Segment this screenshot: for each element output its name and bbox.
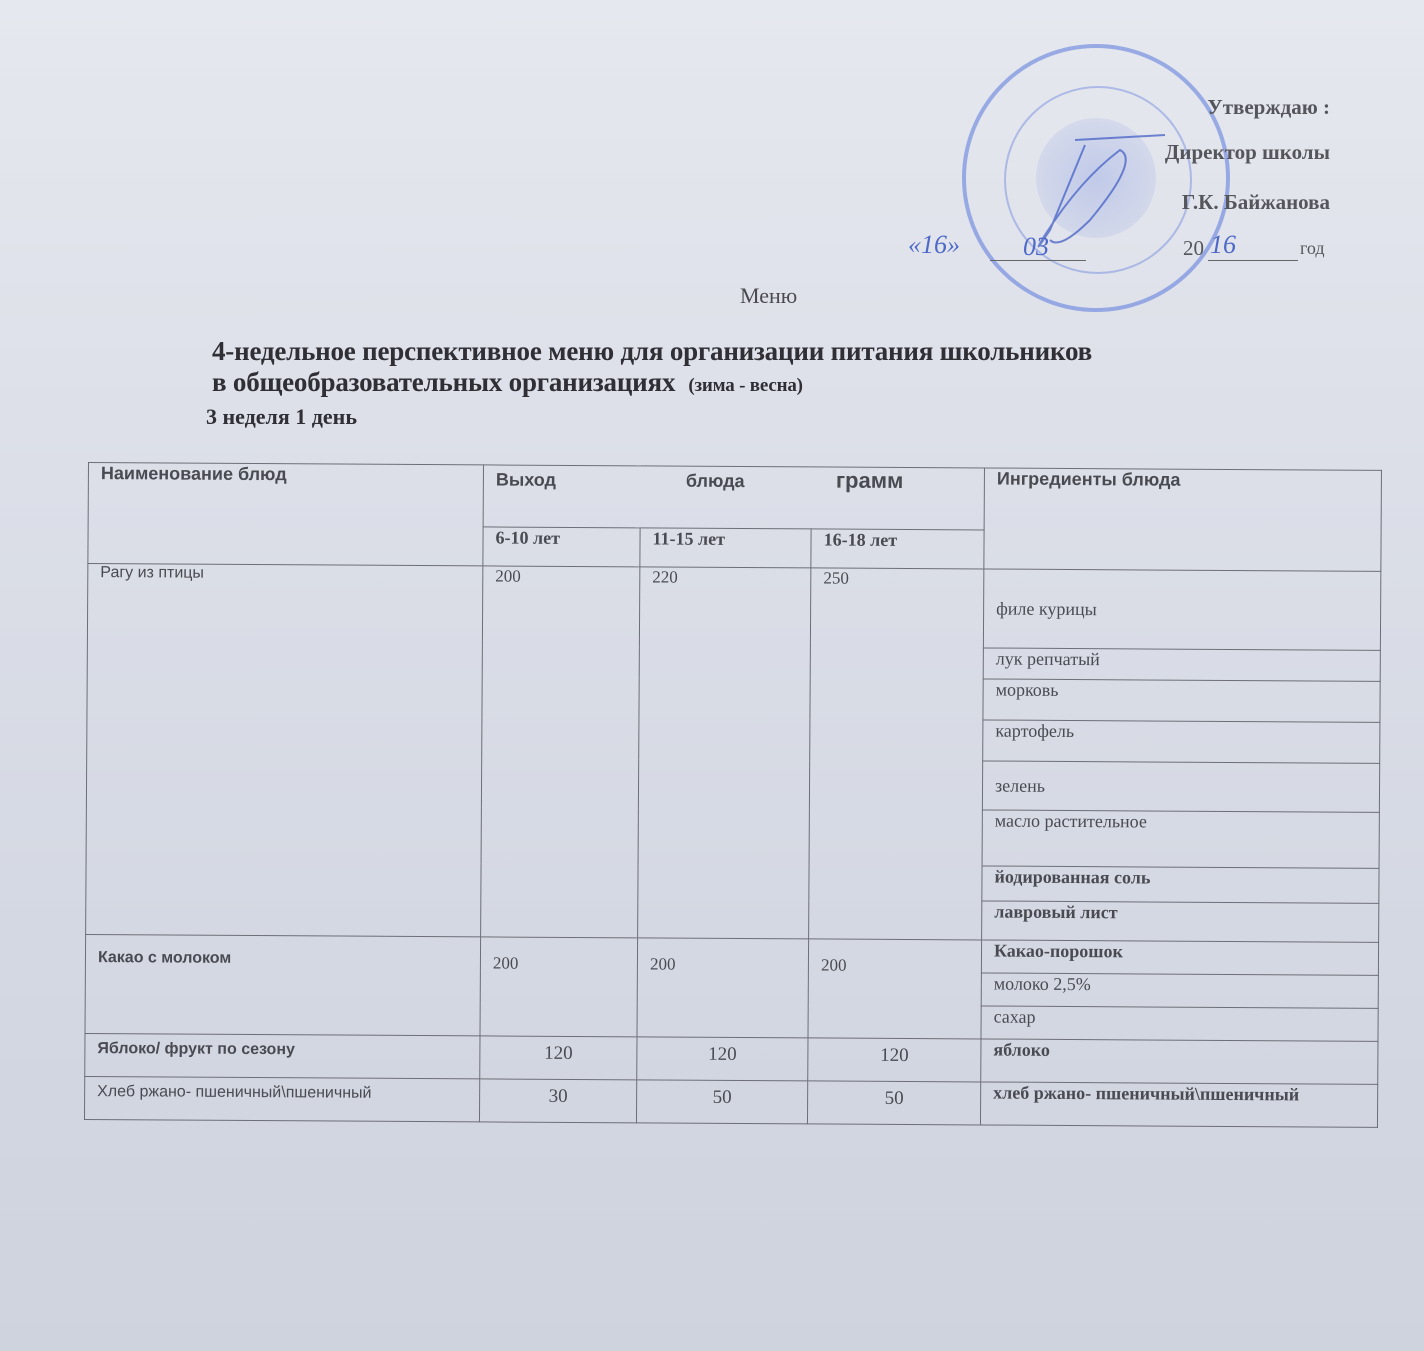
quantity-6-10: 120 <box>480 1036 637 1080</box>
dish-name: Хлеб ржано- пшеничный\пшеничный <box>84 1076 479 1121</box>
date-day: «16» <box>908 230 960 260</box>
header-output-word3: грамм <box>836 468 904 494</box>
approve-label: Утверждаю : <box>1207 95 1330 120</box>
ingredient: филе курицы <box>983 569 1380 650</box>
header-output: Выходблюдаграмм <box>483 465 984 530</box>
quantity-16-18: 50 <box>808 1081 981 1125</box>
ingredient: яблоко <box>981 1039 1378 1084</box>
header-age-16-18: 16-18 лет <box>811 529 984 569</box>
date-month: 03 <box>1023 232 1049 262</box>
quantity-6-10: 200 <box>480 937 638 1037</box>
approval-date: «16» 03 20 16 год <box>908 232 1332 262</box>
quantity-11-15: 220 <box>638 567 811 939</box>
title-line-1: 4-недельное перспективное меню для орган… <box>212 336 1092 367</box>
season-label: (зима - весна) <box>688 375 802 396</box>
quantity-11-15: 50 <box>637 1080 808 1124</box>
date-underline <box>990 260 1086 261</box>
quantity-11-15: 200 <box>637 938 809 1038</box>
position-label: Директор школы <box>1165 140 1330 165</box>
header-ingredients: Ингредиенты блюда <box>984 468 1382 571</box>
year-underline <box>1208 260 1298 261</box>
quantity-16-18: 120 <box>808 1038 981 1082</box>
quantity-6-10: 200 <box>481 566 640 938</box>
dish-name: Рагу из птицы <box>86 564 483 937</box>
ingredient: лавровый лист <box>982 901 1379 942</box>
quantity-6-10: 30 <box>479 1079 636 1123</box>
table-row: Хлеб ржано- пшеничный\пшеничный 30 50 50… <box>84 1076 1377 1127</box>
ingredient: зелень <box>982 761 1379 812</box>
ingredient: молоко 2,5% <box>981 973 1378 1008</box>
header-output-word1: Выход <box>496 469 686 491</box>
quantity-16-18: 200 <box>808 939 981 1039</box>
header-output-word2: блюда <box>686 471 836 493</box>
ingredient: йодированная соль <box>982 866 1379 903</box>
ingredient: картофель <box>983 720 1380 763</box>
date-year-suffix: 16 <box>1210 230 1236 260</box>
director-name: Г.К. Байжанова <box>1182 190 1330 215</box>
ingredient: масло растительное <box>982 810 1379 868</box>
table-row: Рагу из птицы 200 220 250 филе курицы <box>87 564 1380 651</box>
table-row: Какао с молоком 200 200 200 Какао-порошо… <box>85 934 1378 975</box>
title-line-2: в общеобразовательных организациях (зима… <box>212 367 1092 401</box>
header-dish-name: Наименование блюд <box>88 463 484 566</box>
menu-table: Наименование блюд Выходблюдаграмм Ингред… <box>84 462 1382 1128</box>
header-age-11-15: 11-15 лет <box>640 527 811 567</box>
date-suffix: год <box>1300 238 1325 259</box>
quantity-16-18: 250 <box>809 568 984 940</box>
header-age-6-10: 6-10 лет <box>483 527 640 567</box>
dish-name: Какао с молоком <box>85 934 481 1035</box>
ingredient: сахар <box>981 1006 1378 1041</box>
date-year-prefix: 20 <box>1183 236 1204 261</box>
ingredient: морковь <box>983 679 1380 722</box>
ingredient: Какао-порошок <box>981 940 1378 975</box>
dish-name: Яблоко/ фрукт по сезону <box>85 1033 480 1078</box>
document-title: 4-недельное перспективное меню для орган… <box>212 336 1092 401</box>
ingredient: лук репчатый <box>983 648 1380 681</box>
week-day-label: 3 неделя 1 день <box>206 404 357 430</box>
quantity-11-15: 120 <box>637 1037 808 1081</box>
ingredient: хлеб ржано- пшеничный\пшеничный <box>980 1082 1377 1127</box>
title-line-2-text: в общеобразовательных организациях <box>212 367 675 397</box>
menu-label: Меню <box>740 283 797 309</box>
